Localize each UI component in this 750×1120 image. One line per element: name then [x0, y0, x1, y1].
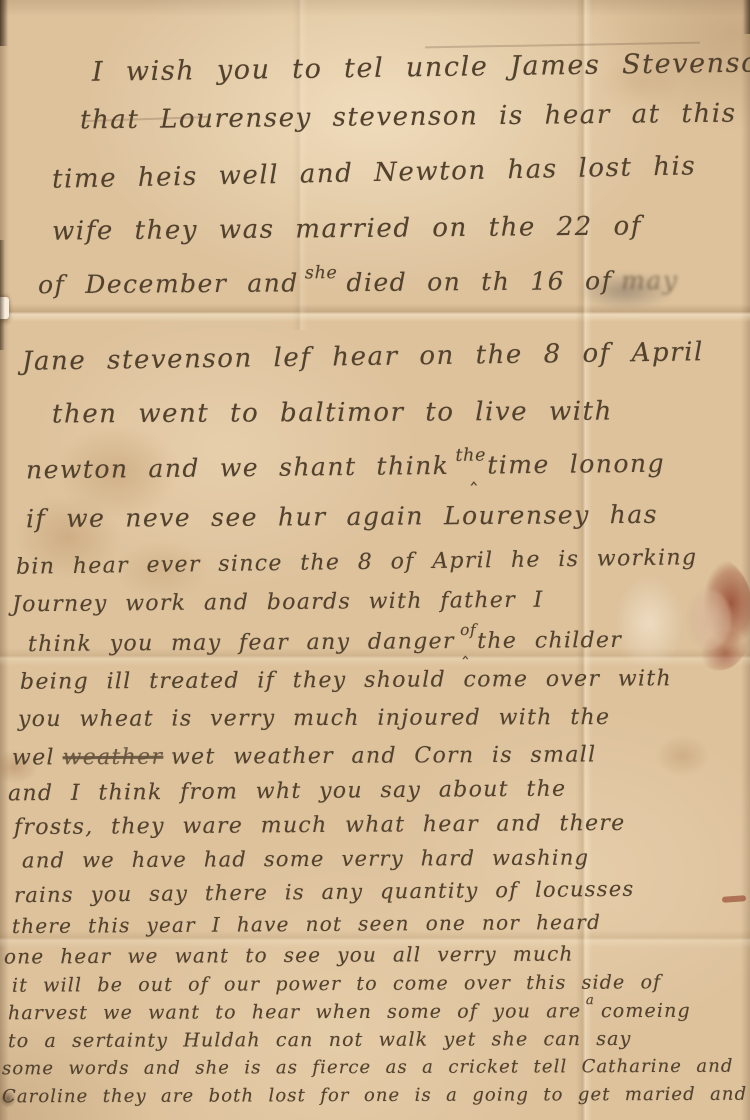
letter-line-19: rains you say there is any quantity of l… [14, 877, 635, 907]
letter-line-26: Caroline they are both lost for one is a… [2, 1084, 747, 1108]
caret-mark: ‸ [462, 640, 469, 660]
inserted-word: a [586, 993, 595, 1008]
line-text: wet weather and Corn is small [171, 742, 597, 769]
letter-line-1: I wish you to tel uncle James Stevenson [92, 47, 750, 88]
line-text: died on th 16 of [346, 266, 612, 297]
line-text: newton and we shant think [26, 451, 450, 484]
letter-line-5: of December andshedied on th 16 ofmay [38, 266, 679, 299]
smudged-word: may [621, 266, 678, 295]
letter-line-21: one hear we want to see you all verry mu… [4, 942, 574, 969]
letter-line-25: some words and she is as fierce as a cri… [2, 1056, 734, 1080]
line-text: of December and [38, 268, 299, 299]
letter-line-2: that Lourensey stevenson is hear at this [80, 99, 737, 136]
letter-line-11: Journey work and boards with father I [12, 588, 544, 618]
letter-line-8: newton and we shant thinkthe‸time lonong [26, 449, 665, 485]
letter-page: I wish you to tel uncle James Stevenson … [0, 0, 750, 1120]
letter-line-6: Jane stevenson lef hear on the 8 of Apri… [22, 337, 704, 377]
letter-line-12: think you may fear any dangerof‸the chil… [28, 628, 622, 657]
letter-line-18: and we have had some verry hard washing [22, 846, 589, 873]
letter-line-20: there this year I have not seen one nor … [12, 910, 601, 938]
line-text: think you may fear any danger [28, 629, 455, 657]
letter-line-7: then went to baltimor to live with [52, 397, 613, 430]
letter-line-4: wife they was married on the 22 of [52, 211, 642, 246]
letter-line-16: and I think from wht you say about the [8, 777, 567, 807]
caret-mark: ‸ [470, 462, 479, 486]
line-text: the childer [477, 628, 622, 654]
line-text: time lonong [487, 449, 665, 480]
struck-word: weather [62, 745, 163, 771]
letter-line-23: harvest we want to hear when some of you… [8, 1000, 691, 1024]
letter-line-9: if we neve see hur again Lourensey has [26, 500, 658, 533]
line-text: comeing [601, 1000, 691, 1022]
letter-line-10: bin hear ever since the 8 of April he is… [16, 545, 698, 580]
letter-line-17: frosts, they ware much what hear and the… [14, 811, 626, 840]
letter-line-22: it will be out of our power to come over… [12, 971, 661, 996]
line-text: wel [12, 745, 55, 770]
letter-line-14: you wheat is verry much injoured with th… [18, 705, 610, 732]
letter-line-13: being ill treated if they should come ov… [20, 666, 672, 694]
letter-line-3: time heis well and Newton has lost his [52, 151, 697, 194]
inserted-word: she [305, 263, 338, 283]
line-text: harvest we want to hear when some of you… [8, 1000, 581, 1024]
letter-line-15: welweatherwet weather and Corn is small [12, 742, 597, 770]
letter-text: I wish you to tel uncle James Stevenson … [0, 0, 750, 1120]
letter-line-24: to a sertainty Huldah can not walk yet s… [8, 1028, 632, 1052]
inserted-word: of [460, 621, 476, 639]
